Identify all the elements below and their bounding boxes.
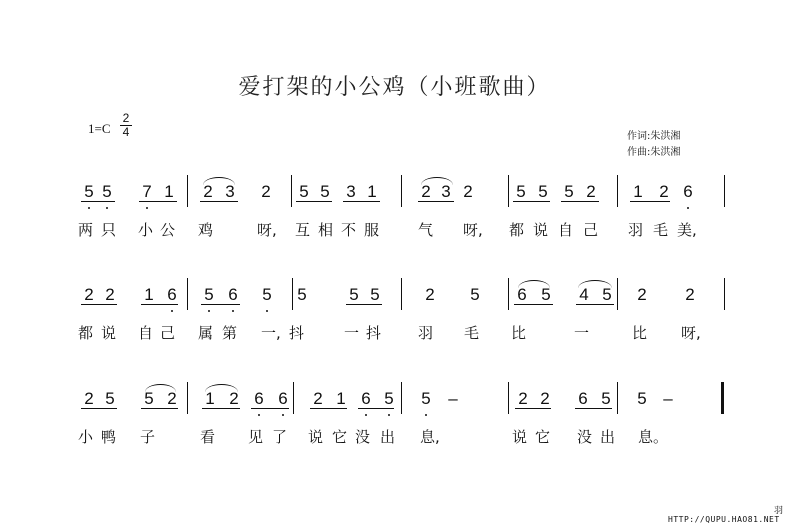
- barline: [187, 278, 188, 310]
- note: 5: [469, 286, 481, 303]
- page-title: 爱打架的小公鸡（小班歌曲）: [0, 70, 789, 101]
- eighth-underline: [630, 201, 670, 202]
- note: 2: [539, 390, 551, 407]
- eighth-underline: [576, 304, 614, 305]
- eighth-underline: [200, 201, 238, 202]
- note: 2: [312, 390, 324, 407]
- note: 5: [296, 286, 308, 303]
- octave-dot-below: [106, 207, 108, 209]
- note: 2: [462, 183, 474, 200]
- note: 1: [204, 390, 216, 407]
- lyric-syllable: 说: [308, 426, 326, 447]
- lyric-syllable: 己: [160, 322, 178, 343]
- barline: [617, 175, 618, 207]
- note: 2: [166, 390, 178, 407]
- note: –: [447, 390, 459, 407]
- lyric-syllable: 羽: [418, 322, 436, 343]
- lyric-syllable: 出: [380, 426, 398, 447]
- eighth-underline: [201, 304, 240, 305]
- note: 1: [366, 183, 378, 200]
- key-signature: 1=C: [88, 121, 111, 137]
- note: 5: [298, 183, 310, 200]
- lyric-syllable: 了: [272, 426, 290, 447]
- time-signature: 2 4: [119, 112, 133, 139]
- lyric-syllable: 美,: [677, 219, 707, 240]
- eighth-underline: [513, 201, 550, 202]
- octave-dot-below: [266, 310, 268, 312]
- eighth-underline: [358, 408, 394, 409]
- note: 5: [104, 390, 116, 407]
- lyric-syllable: 没: [355, 426, 373, 447]
- lyric-syllable: 比: [632, 322, 650, 343]
- octave-dot-below: [425, 414, 427, 416]
- note: 2: [420, 183, 432, 200]
- lyric-syllable: 见: [248, 426, 266, 447]
- note: 5: [420, 390, 432, 407]
- note: 5: [537, 183, 549, 200]
- note: 5: [101, 183, 113, 200]
- barline: [401, 175, 402, 207]
- composer-credit: 作曲:朱洪湘: [627, 143, 680, 158]
- lyric-syllable: 子: [140, 426, 158, 447]
- lyricist-credit: 作词:朱洪湘: [627, 127, 680, 142]
- note: 2: [517, 390, 529, 407]
- eighth-underline: [514, 304, 553, 305]
- lyric-syllable: 毛: [653, 219, 671, 240]
- barline: [508, 175, 509, 207]
- lyric-syllable: 自: [138, 322, 156, 343]
- lyric-syllable: 没: [577, 426, 595, 447]
- eighth-underline: [202, 408, 240, 409]
- lyric-syllable: 小: [78, 426, 96, 447]
- barline: [617, 278, 618, 310]
- note: 5: [515, 183, 527, 200]
- barline: [508, 278, 509, 310]
- barline: [401, 382, 402, 414]
- note: 4: [578, 286, 590, 303]
- note: 2: [424, 286, 436, 303]
- time-signature-bottom: 4: [123, 125, 130, 139]
- barline: [724, 278, 725, 310]
- slur-arc: [421, 177, 453, 185]
- lyric-syllable: 息。: [638, 426, 668, 447]
- slur-arc: [205, 384, 238, 392]
- time-signature-top: 2: [123, 111, 130, 125]
- lyric-syllable: 己: [583, 219, 601, 240]
- lyric-syllable: 不: [341, 219, 359, 240]
- lyric-syllable: 羽: [628, 219, 646, 240]
- octave-dot-below: [258, 414, 260, 416]
- note: 3: [224, 183, 236, 200]
- note: 3: [440, 183, 452, 200]
- note: 5: [319, 183, 331, 200]
- eighth-underline: [81, 201, 115, 202]
- lyric-syllable: 公: [160, 219, 178, 240]
- slur-arc: [578, 280, 612, 288]
- lyric-syllable: 息,: [420, 426, 450, 447]
- lyric-syllable: 相: [318, 219, 336, 240]
- note: 6: [253, 390, 265, 407]
- note: 5: [143, 390, 155, 407]
- note: 5: [83, 183, 95, 200]
- lyric-syllable: 只: [101, 219, 119, 240]
- eighth-underline: [343, 201, 380, 202]
- lyric-syllable: 呀,: [463, 219, 493, 240]
- lyric-syllable: 一: [574, 322, 592, 343]
- lyric-syllable: 呀,: [681, 322, 711, 343]
- lyric-syllable: 第: [222, 322, 240, 343]
- barline: [292, 278, 293, 310]
- eighth-underline: [141, 304, 178, 305]
- octave-dot-below: [365, 414, 367, 416]
- lyric-syllable: 呀,: [257, 219, 287, 240]
- lyric-syllable: 属: [198, 322, 216, 343]
- eighth-underline: [81, 408, 117, 409]
- octave-dot-below: [388, 414, 390, 416]
- eighth-underline: [139, 201, 177, 202]
- octave-dot-below: [88, 207, 90, 209]
- footer-url: HTTP://QUPU.HAO81.NET: [668, 515, 780, 524]
- lyric-syllable: 小: [138, 219, 156, 240]
- barline: [187, 382, 188, 414]
- lyric-syllable: 互: [295, 219, 313, 240]
- eighth-underline: [81, 304, 117, 305]
- lyric-syllable: 它: [535, 426, 553, 447]
- eighth-underline: [561, 201, 599, 202]
- note: 2: [104, 286, 116, 303]
- eighth-underline: [141, 408, 178, 409]
- octave-dot-below: [208, 310, 210, 312]
- note: 6: [360, 390, 372, 407]
- final-barline: [721, 382, 724, 414]
- barline: [291, 175, 292, 207]
- note: 5: [348, 286, 360, 303]
- barline: [401, 278, 402, 310]
- slur-arc: [203, 177, 235, 185]
- note: 6: [166, 286, 178, 303]
- lyric-syllable: 看: [200, 426, 218, 447]
- lyric-syllable: 说: [101, 322, 119, 343]
- note: 2: [260, 183, 272, 200]
- eighth-underline: [296, 201, 332, 202]
- note: 2: [636, 286, 648, 303]
- note: 2: [585, 183, 597, 200]
- note: 5: [563, 183, 575, 200]
- note: 5: [636, 390, 648, 407]
- note: –: [662, 390, 674, 407]
- lyric-syllable: 出: [600, 426, 618, 447]
- note: 2: [83, 390, 95, 407]
- note: 3: [345, 183, 357, 200]
- lyric-syllable: 两: [78, 219, 96, 240]
- eighth-underline: [418, 201, 454, 202]
- lyric-syllable: 气: [418, 219, 436, 240]
- lyric-syllable: 都: [78, 322, 96, 343]
- lyric-syllable: 比: [511, 322, 529, 343]
- octave-dot-below: [146, 207, 148, 209]
- lyric-syllable: 说: [533, 219, 551, 240]
- note: 5: [600, 390, 612, 407]
- barline: [724, 175, 725, 207]
- note: 1: [163, 183, 175, 200]
- lyric-syllable: 鸡: [198, 219, 216, 240]
- octave-dot-below: [232, 310, 234, 312]
- barline: [508, 382, 509, 414]
- note: 2: [228, 390, 240, 407]
- eighth-underline: [575, 408, 612, 409]
- octave-dot-below: [282, 414, 284, 416]
- note: 5: [383, 390, 395, 407]
- note: 6: [682, 183, 694, 200]
- lyric-syllable: 服: [364, 219, 382, 240]
- slur-arc: [518, 280, 550, 288]
- note: 5: [369, 286, 381, 303]
- note: 1: [335, 390, 347, 407]
- lyric-syllable: 说: [512, 426, 530, 447]
- lyric-syllable: 鸭: [101, 426, 119, 447]
- eighth-underline: [515, 408, 551, 409]
- note: 1: [632, 183, 644, 200]
- slur-arc: [145, 384, 176, 392]
- octave-dot-below: [171, 310, 173, 312]
- note: 5: [601, 286, 613, 303]
- note: 2: [83, 286, 95, 303]
- note: 6: [577, 390, 589, 407]
- note: 5: [261, 286, 273, 303]
- lyric-syllable: 一,: [261, 322, 291, 343]
- note: 2: [684, 286, 696, 303]
- lyric-syllable: 一: [344, 322, 362, 343]
- lyric-syllable: 它: [332, 426, 350, 447]
- note: 6: [516, 286, 528, 303]
- note: 6: [277, 390, 289, 407]
- eighth-underline: [310, 408, 347, 409]
- octave-dot-below: [687, 207, 689, 209]
- note: 1: [143, 286, 155, 303]
- note: 5: [203, 286, 215, 303]
- lyric-syllable: 都: [509, 219, 527, 240]
- lyric-syllable: 自: [558, 219, 576, 240]
- lyric-syllable: 抖: [289, 322, 307, 343]
- barline: [293, 382, 294, 414]
- eighth-underline: [346, 304, 382, 305]
- lyric-syllable: 毛: [464, 322, 482, 343]
- note: 2: [658, 183, 670, 200]
- note: 2: [202, 183, 214, 200]
- note: 6: [227, 286, 239, 303]
- note: 5: [540, 286, 552, 303]
- eighth-underline: [251, 408, 289, 409]
- barline: [617, 382, 618, 414]
- note: 7: [141, 183, 153, 200]
- barline: [187, 175, 188, 207]
- lyric-syllable: 抖: [366, 322, 384, 343]
